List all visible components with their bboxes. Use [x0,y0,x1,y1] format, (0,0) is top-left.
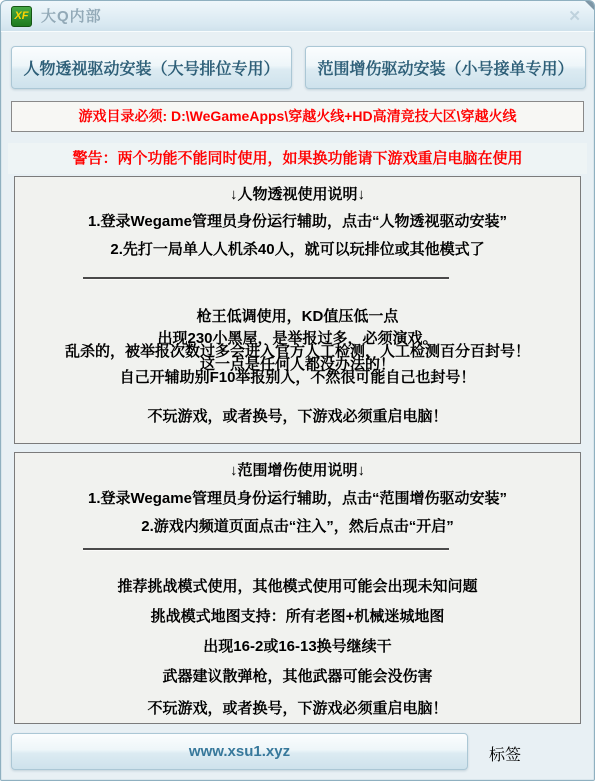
damage-guide-tip3: 出现16-2或16-13换号继续干 [15,635,580,656]
esp-guide-ban-warning-block: 出现230小黑屋，是举报过多，必须演戏。 乱杀的，被举报次数过多会进入官方人工检… [15,332,580,384]
tag-label: 标签 [489,742,521,765]
divider-line [83,548,449,551]
esp-guide-step1: 1.登录Wegame管理员身份运行辅助，点击“人物透视驱动安装” [15,210,580,231]
damage-guide-footer: 不玩游戏，或者换号，下游戏必须重启电脑！ [15,697,580,718]
esp-guide-tip-low-profile: 枪王低调使用，KD值压低一点 [15,305,580,326]
title-bar: XF 大Q内部 ✕ [1,1,594,32]
corner-fold-decoration [585,1,594,10]
close-icon[interactable]: ✕ [568,7,581,25]
game-directory-notice: 游戏目录必须: D:\WeGameApps\穿越火线+HD高清竞技大区\穿越火线 [11,101,584,132]
damage-guide-tip1: 推荐挑战模式使用，其他模式使用可能会出现未知问题 [15,575,580,596]
damage-guide-panel: ↓范围增伤使用说明↓ 1.登录Wegame管理员身份运行辅助，点击“范围增伤驱动… [14,452,581,724]
exclusive-use-warning: 警告：两个功能不能同时使用，如果换功能请下游戏重启电脑在使用 [8,143,587,174]
esp-guide-step2: 2.先打一局单人人机杀40人，就可以玩排位或其他模式了 [15,238,580,259]
window-title: 大Q内部 [41,1,102,32]
esp-guide-heading: ↓人物透视使用说明↓ [15,183,580,204]
app-window: XF 大Q内部 ✕ 人物透视驱动安装（大号排位专用） 范围增伤驱动安装（小号接单… [0,0,595,781]
damage-guide-step2: 2.游戏内频道页面点击“注入”，然后点击“开启” [15,515,580,536]
esp-guide-panel: ↓人物透视使用说明↓ 1.登录Wegame管理员身份运行辅助，点击“人物透视驱动… [14,176,581,444]
esp-guide-warn4: 自己开辅助别F10举报别人，不然很可能自己也封号！ [15,371,580,384]
damage-guide-tip2: 挑战模式地图支持：所有老图+机械迷城地图 [15,605,580,626]
website-button[interactable]: www.xsu1.xyz [11,733,468,770]
damage-guide-tip4: 武器建议散弹枪，其他武器可能会没伤害 [15,665,580,686]
divider-line [83,277,449,280]
install-esp-driver-button[interactable]: 人物透视驱动安装（大号排位专用） [11,46,292,89]
app-icon: XF [11,6,32,27]
install-damage-driver-button[interactable]: 范围增伤驱动安装（小号接单专用） [305,46,586,89]
damage-guide-heading: ↓范围增伤使用说明↓ [15,459,580,480]
esp-guide-footer: 不玩游戏，或者换号，下游戏必须重启电脑！ [15,405,580,426]
damage-guide-step1: 1.登录Wegame管理员身份运行辅助，点击“范围增伤驱动安装” [15,487,580,508]
